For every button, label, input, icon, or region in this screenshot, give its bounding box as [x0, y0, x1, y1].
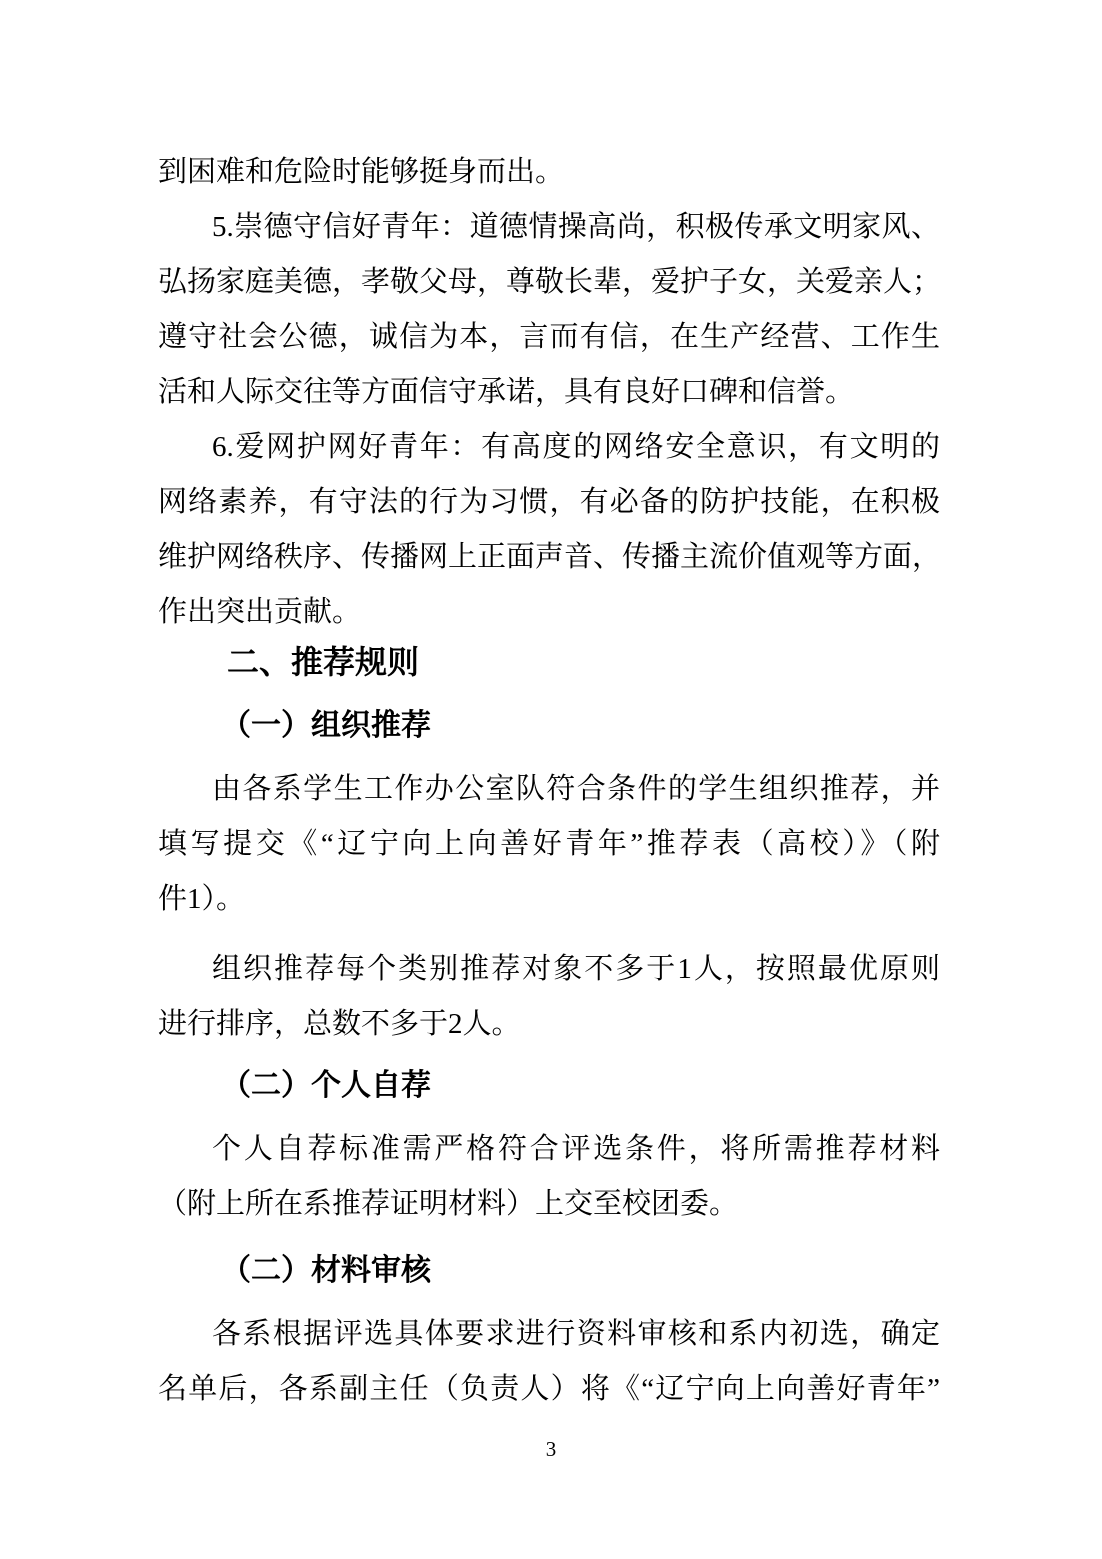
text-line: 6.爱网护网好青年：有高度的网络安全意识，有文明的: [158, 420, 940, 475]
page-footer: 3: [0, 1436, 1102, 1462]
subheading: （二）材料审核: [158, 1243, 940, 1298]
paragraph: 组织推荐每个类别推荐对象不多于1人，按照最优原则进行排序，总数不多于2人。: [158, 942, 940, 1052]
document-page: 到困难和危险时能够挺身而出。5.崇德守信好青年：道德情操高尚，积极传承文明家风、…: [0, 0, 1102, 1559]
heading: 二、推荐规则: [158, 635, 940, 690]
paragraph: 个人自荐标准需严格符合评选条件，将所需推荐材料（附上所在系推荐证明材料）上交至校…: [158, 1122, 940, 1232]
text-line: 件1）。: [158, 872, 940, 927]
page-number: 3: [546, 1437, 557, 1461]
text-line: 填写提交《“辽宁向上向善好青年”推荐表（高校）》（附: [158, 817, 940, 872]
text-line: 作出突出贡献。: [158, 585, 940, 640]
text-line: 各系根据评选具体要求进行资料审核和系内初选，确定: [158, 1307, 940, 1362]
text-line: 到困难和危险时能够挺身而出。: [158, 145, 940, 200]
paragraph: 5.崇德守信好青年：道德情操高尚，积极传承文明家风、弘扬家庭美德，孝敬父母，尊敬…: [158, 200, 940, 420]
paragraph: 各系根据评选具体要求进行资料审核和系内初选，确定名单后，各系副主任（负责人）将《…: [158, 1307, 940, 1417]
subheading: （二）个人自荐: [158, 1058, 940, 1113]
text-line: 弘扬家庭美德，孝敬父母，尊敬长辈，爱护子女，关爱亲人；: [158, 255, 940, 310]
text-line: 5.崇德守信好青年：道德情操高尚，积极传承文明家风、: [158, 200, 940, 255]
text-line: 个人自荐标准需严格符合评选条件，将所需推荐材料: [158, 1122, 940, 1177]
paragraph: 到困难和危险时能够挺身而出。: [158, 145, 940, 200]
text-line: 网络素养，有守法的行为习惯，有必备的防护技能，在积极: [158, 475, 940, 530]
text-line: （二）个人自荐: [158, 1058, 940, 1113]
paragraph: 6.爱网护网好青年：有高度的网络安全意识，有文明的网络素养，有守法的行为习惯，有…: [158, 420, 940, 640]
text-line: （二）材料审核: [158, 1243, 940, 1298]
text-line: （附上所在系推荐证明材料）上交至校团委。: [158, 1177, 940, 1232]
text-line: 维护网络秩序、传播网上正面声音、传播主流价值观等方面，: [158, 530, 940, 585]
text-line: 活和人际交往等方面信守承诺，具有良好口碑和信誉。: [158, 365, 940, 420]
text-line: 由各系学生工作办公室队符合条件的学生组织推荐，并: [158, 762, 940, 817]
text-line: 名单后，各系副主任（负责人）将《“辽宁向上向善好青年”: [158, 1362, 940, 1417]
text-line: 组织推荐每个类别推荐对象不多于1人，按照最优原则: [158, 942, 940, 997]
document-body: 到困难和危险时能够挺身而出。5.崇德守信好青年：道德情操高尚，积极传承文明家风、…: [158, 145, 940, 1417]
text-line: 遵守社会公德，诚信为本，言而有信，在生产经营、工作生: [158, 310, 940, 365]
text-line: （一）组织推荐: [158, 698, 940, 753]
text-line: 二、推荐规则: [158, 635, 940, 690]
text-line: 进行排序，总数不多于2人。: [158, 997, 940, 1052]
paragraph: 由各系学生工作办公室队符合条件的学生组织推荐，并填写提交《“辽宁向上向善好青年”…: [158, 762, 940, 927]
subheading: （一）组织推荐: [158, 698, 940, 753]
